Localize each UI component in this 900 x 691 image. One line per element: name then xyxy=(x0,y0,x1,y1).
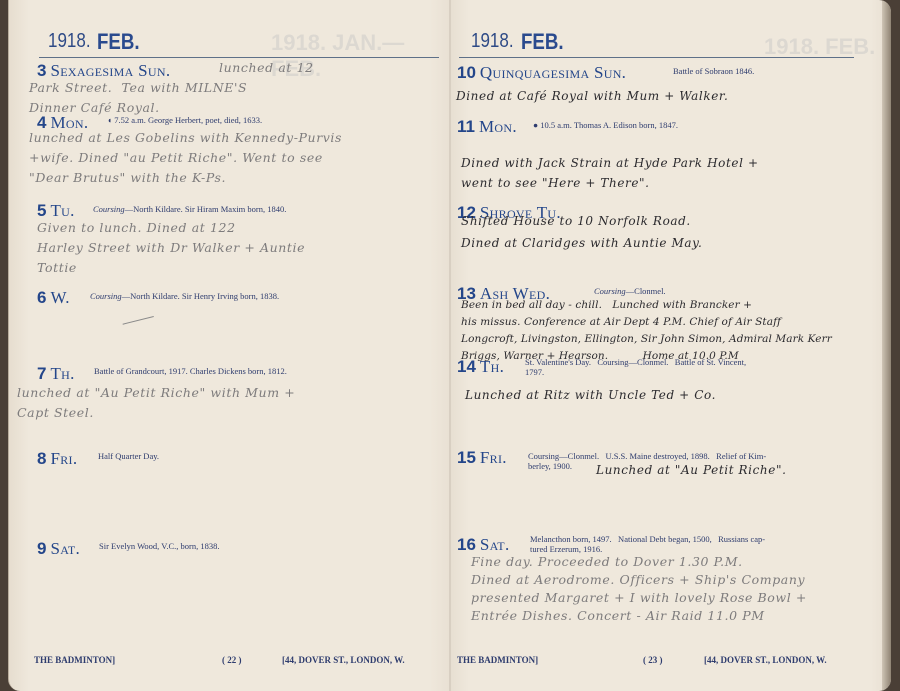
printed-note: Sir Evelyn Wood, V.C., born, 1838. xyxy=(99,541,219,551)
printed-note: Battle of Sobraon 1846. xyxy=(673,66,754,76)
day-number: 6 xyxy=(37,288,46,307)
footer-address: [44, DOVER ST., LONDON, W. xyxy=(704,655,827,665)
day-name: Sat. xyxy=(50,539,80,558)
printed-note: Battle of Grandcourt, 1917. Charles Dick… xyxy=(94,366,287,376)
handwritten-note: Been in bed all day - chill. Lunched wit… xyxy=(461,297,832,365)
header-year: 1918. xyxy=(48,30,91,53)
day-number: 9 xyxy=(37,539,46,558)
day-number: 10 xyxy=(457,63,476,82)
printed-note: Coursing—North Kildare. Sir Hiram Maxim … xyxy=(93,204,286,214)
diary-spread: 1918. JAN.—FEB. 1918. FEB. 3 Sexagesima … xyxy=(0,0,900,691)
day-number: 11 xyxy=(457,117,475,136)
printed-note: St. Valentine's Day. Coursing—Clonmel. B… xyxy=(525,357,746,377)
handwritten-note: Lunched at "Au Petit Riche". xyxy=(596,460,786,480)
page-header: 1918. FEB. xyxy=(9,30,451,58)
footer-page-number: ( 22 ) xyxy=(222,655,242,665)
day-name: Fri. xyxy=(50,449,77,468)
day-name: Sat. xyxy=(480,535,510,554)
day-number: 14 xyxy=(457,357,476,376)
handwritten-note: Dined with Jack Strain at Hyde Park Hote… xyxy=(461,153,759,193)
day-number: 7 xyxy=(37,364,46,383)
day-name: W. xyxy=(50,288,69,307)
header-year: 1918. xyxy=(471,30,514,53)
pencil-check-mark xyxy=(120,306,154,324)
printed-note: ◖ 7.52 a.m. George Herbert, poet, died, … xyxy=(107,115,262,125)
printed-note: Half Quarter Day. xyxy=(98,451,159,461)
handwritten-note: Fine day. Proceeded to Dover 1.30 P.M. D… xyxy=(471,553,807,625)
day-number: 15 xyxy=(457,448,476,467)
page-header: 1918. FEB. xyxy=(451,30,891,58)
footer-page-number: ( 23 ) xyxy=(643,655,663,665)
header-month: FEB. xyxy=(521,29,564,55)
printed-note: ● 10.5 a.m. Thomas A. Edison born, 1847. xyxy=(533,120,678,130)
handwritten-note: Dined at Café Royal with Mum + Walker. xyxy=(456,86,728,106)
handwritten-note: lunched at 12 Park Street. Tea with MILN… xyxy=(29,58,314,118)
day-name: Quinquagesima Sun. xyxy=(480,63,626,82)
handwritten-note: Given to lunch. Dined at 122 Harley Stre… xyxy=(37,218,305,278)
handwritten-note: Lunched at Ritz with Uncle Ted + Co. xyxy=(465,385,716,405)
handwritten-note: lunched at Les Gobelins with Kennedy-Pur… xyxy=(29,128,342,188)
header-rule xyxy=(459,57,854,58)
right-page: 1918. FEB. 1918. FEB. 10 Quinquagesima S… xyxy=(451,0,891,691)
page-edge xyxy=(882,0,891,691)
day-name: Fri. xyxy=(480,448,507,467)
header-month: FEB. xyxy=(97,29,140,55)
day-name: Th. xyxy=(50,364,74,383)
footer-publisher: THE BADMINTON] xyxy=(34,655,115,665)
day-name: Th. xyxy=(480,357,504,376)
printed-note: Coursing—Clonmel. xyxy=(594,286,666,296)
printed-note: Melancthon born, 1497. National Debt beg… xyxy=(530,534,765,554)
handwritten-note: lunched at "Au Petit Riche" with Mum + C… xyxy=(17,383,295,423)
day-number: 8 xyxy=(37,449,46,468)
footer-address: [44, DOVER ST., LONDON, W. xyxy=(282,655,405,665)
day-number: 16 xyxy=(457,535,476,554)
day-name: Mon. xyxy=(479,117,517,136)
left-page: 1918. JAN.—FEB. 1918. FEB. 3 Sexagesima … xyxy=(8,0,451,691)
printed-note: Coursing—North Kildare. Sir Henry Irving… xyxy=(90,291,279,301)
handwritten-note: Shifted House to 10 Norfolk Road. Dined … xyxy=(461,210,702,254)
footer-publisher: THE BADMINTON] xyxy=(457,655,538,665)
